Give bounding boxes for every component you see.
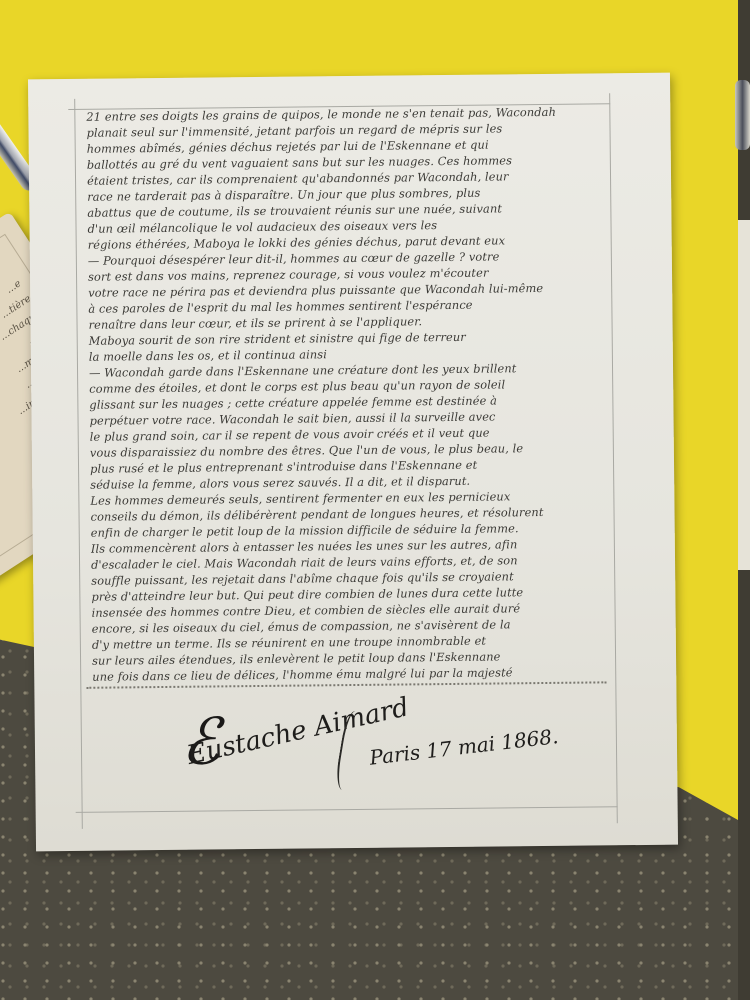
manuscript-page: 21 entre ses doigts les grains de quipos… (28, 73, 678, 852)
manuscript-text: 21 entre ses doigts les grains de quipos… (86, 103, 612, 684)
margin-rule-left (74, 99, 83, 829)
margin-rule-right (609, 93, 618, 823)
right-partial-page (738, 220, 750, 570)
pen-right-icon (735, 80, 750, 150)
margin-rule-bottom (76, 806, 618, 813)
place-date: Paris 17 mai 1868. (368, 724, 559, 770)
